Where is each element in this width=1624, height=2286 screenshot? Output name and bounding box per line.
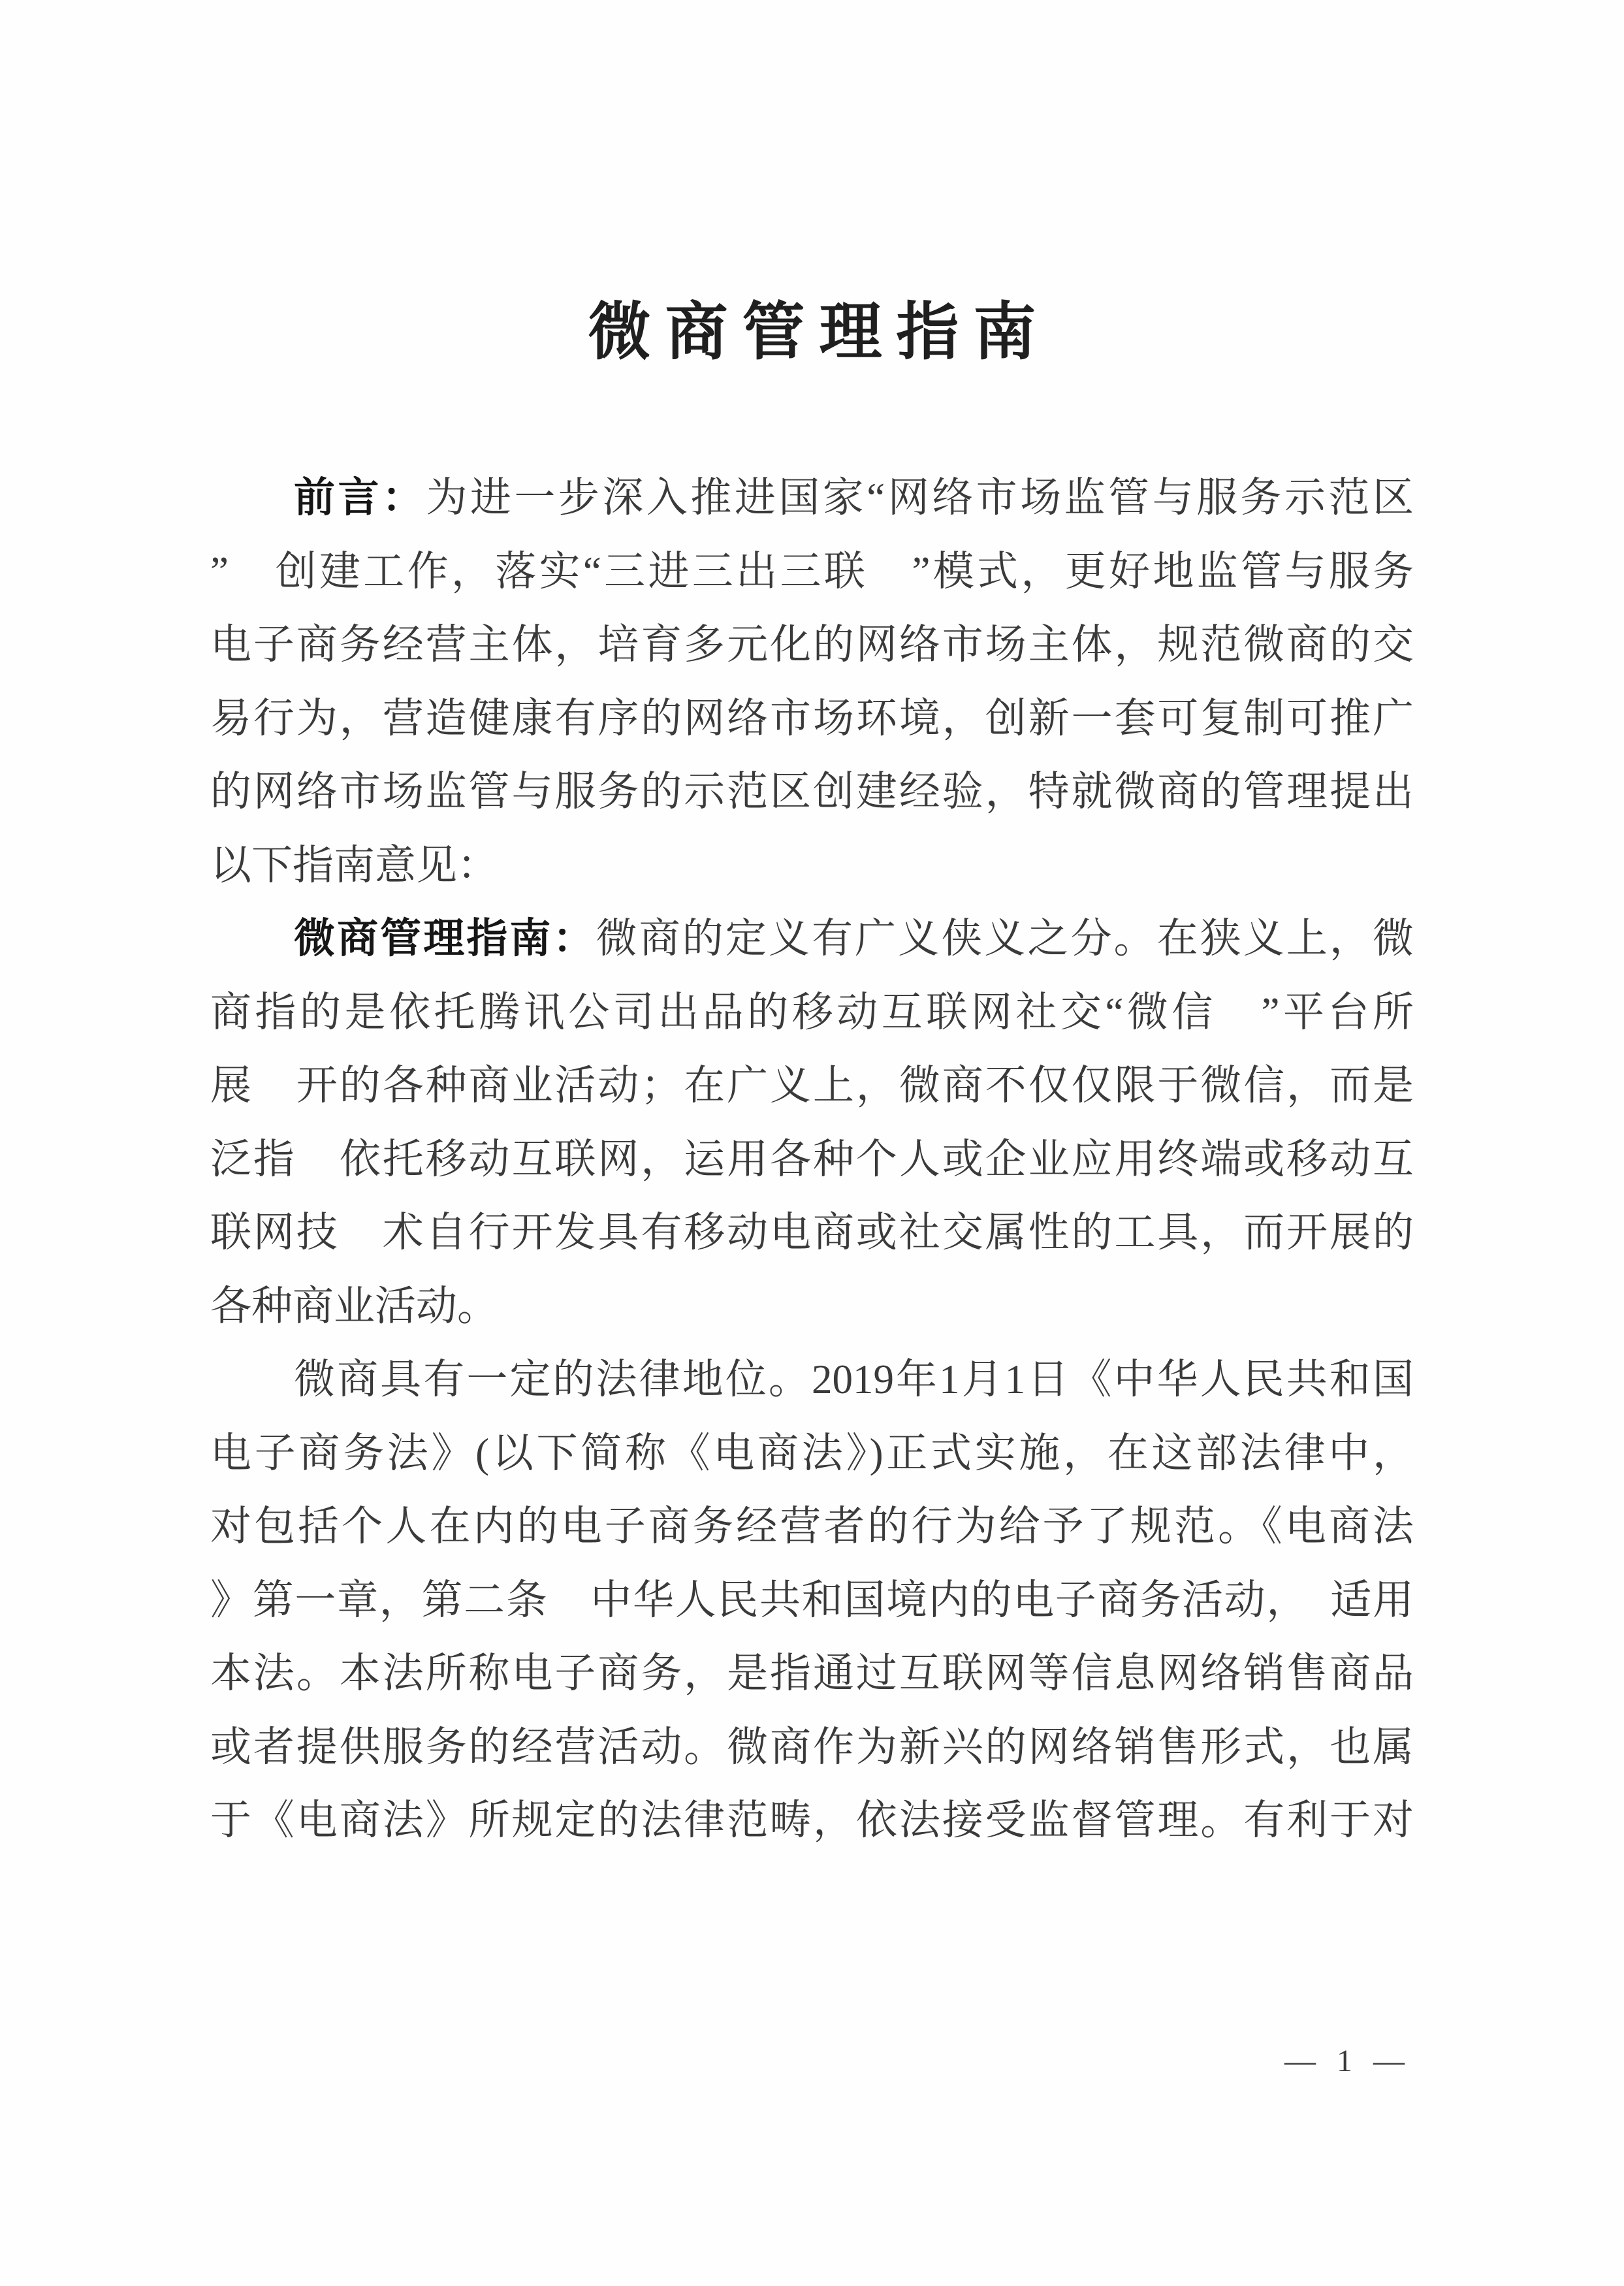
line-text: 联网技 术自行开发具有移动电商或社交属性的工具，而开展的 [210,1210,1414,1255]
line-bold-lead: 前言： [294,475,426,521]
text-line: 》第一章，第二条 中华人民共和国境内的电子商务活动， 适用 [210,1564,1414,1637]
line-bold-lead: 微商管理指南： [294,916,596,961]
text-line: 本法。本法所称电子商务，是指通过互联网等信息网络销售商品 [210,1637,1414,1711]
text-line: ” 创建工作，落实“三进三出三联 ”模式，更好地监管与服务 [210,535,1414,609]
line-text: 电子商务法》(以下简称《电商法》)正式实施，在这部法律中， [210,1430,1414,1476]
text-line: 商指的是依托腾讯公司出品的移动互联网社交“微信 ”平台所 [210,976,1414,1050]
line-text: 商指的是依托腾讯公司出品的移动互联网社交“微信 ”平台所 [210,990,1414,1035]
text-line: 的网络市场监管与服务的示范区创建经验，特就微商的管理提出 [210,755,1414,829]
page-number: — 1 — [1284,2043,1411,2079]
line-text: 微商具有一定的法律地位。2019年1月1日《中华人民共和国 [294,1357,1414,1402]
body-text: 前言：为进一步深入推进国家“网络市场监管与服务示范区” 创建工作，落实“三进三出… [210,461,1414,1858]
line-text: 为进一步深入推进国家“网络市场监管与服务示范区 [426,475,1414,521]
line-text: 展 开的各种商业活动；在广义上，微商不仅仅限于微信，而是 [210,1063,1414,1108]
text-line: 前言：为进一步深入推进国家“网络市场监管与服务示范区 [210,461,1414,535]
line-text: ” 创建工作，落实“三进三出三联 ”模式，更好地监管与服务 [210,549,1414,594]
line-text: 易行为，营造健康有序的网络市场环境，创新一套可复制可推广 [210,696,1414,741]
line-text: 各种商业活动。 [210,1283,498,1329]
document-title: 微商管理指南 [0,282,1624,372]
line-text: 或者提供服务的经营活动。微商作为新兴的网络销售形式，也属 [210,1724,1414,1770]
line-text: 以下指南意见： [210,843,498,888]
text-line: 微商管理指南：微商的定义有广义侠义之分。在狭义上，微 [210,902,1414,976]
text-line: 微商具有一定的法律地位。2019年1月1日《中华人民共和国 [210,1343,1414,1417]
text-line: 各种商业活动。 [210,1270,1414,1344]
line-text: 对包括个人在内的电子商务经营者的行为给予了规范。《电商法 [210,1504,1414,1549]
line-text: 泛指 依托移动互联网，运用各种个人或企业应用终端或移动互 [210,1136,1414,1182]
text-line: 于《电商法》所规定的法律范畴，依法接受监督管理。有利于对 [210,1784,1414,1858]
text-line: 或者提供服务的经营活动。微商作为新兴的网络销售形式，也属 [210,1711,1414,1784]
document-page: 微商管理指南 前言：为进一步深入推进国家“网络市场监管与服务示范区” 创建工作，… [0,0,1624,2286]
text-line: 以下指南意见： [210,829,1414,903]
line-text: 于《电商法》所规定的法律范畴，依法接受监督管理。有利于对 [210,1797,1414,1843]
text-line: 易行为，营造健康有序的网络市场环境，创新一套可复制可推广 [210,682,1414,756]
line-text: 》第一章，第二条 中华人民共和国境内的电子商务活动， 适用 [210,1577,1414,1623]
text-line: 展 开的各种商业活动；在广义上，微商不仅仅限于微信，而是 [210,1049,1414,1123]
text-line: 电子商务经营主体，培育多元化的网络市场主体，规范微商的交 [210,608,1414,682]
text-line: 联网技 术自行开发具有移动电商或社交属性的工具，而开展的 [210,1196,1414,1270]
text-line: 对包括个人在内的电子商务经营者的行为给予了规范。《电商法 [210,1490,1414,1564]
text-line: 泛指 依托移动互联网，运用各种个人或企业应用终端或移动互 [210,1123,1414,1197]
text-line: 电子商务法》(以下简称《电商法》)正式实施，在这部法律中， [210,1417,1414,1490]
line-text: 电子商务经营主体，培育多元化的网络市场主体，规范微商的交 [210,622,1414,668]
line-text: 本法。本法所称电子商务，是指通过互联网等信息网络销售商品 [210,1650,1414,1696]
line-text: 微商的定义有广义侠义之分。在狭义上，微 [596,916,1414,961]
line-text: 的网络市场监管与服务的示范区创建经验，特就微商的管理提出 [210,769,1414,814]
